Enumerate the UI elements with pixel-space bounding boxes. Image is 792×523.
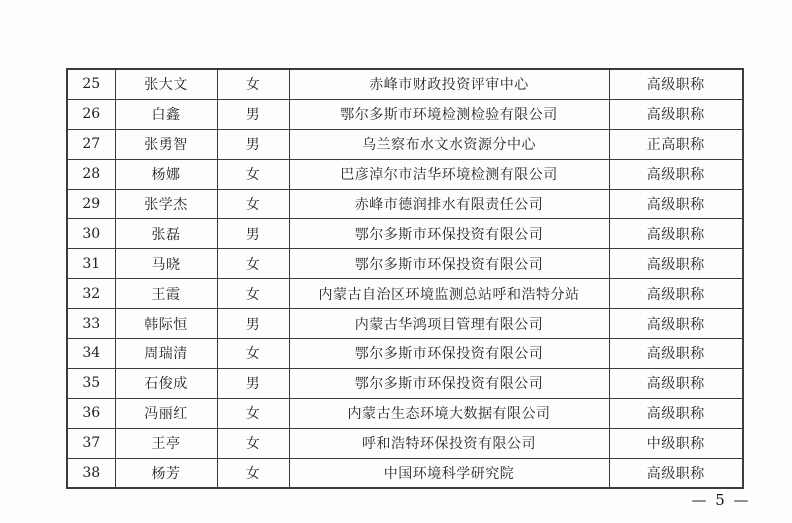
cell-index: 36 bbox=[67, 398, 115, 428]
cell-gender: 男 bbox=[217, 309, 289, 339]
table-row: 26白鑫男鄂尔多斯市环境检测检验有限公司高级职称 bbox=[67, 99, 743, 129]
cell-organization: 内蒙古华鸿项目管理有限公司 bbox=[289, 309, 609, 339]
cell-index: 25 bbox=[67, 69, 115, 99]
personnel-roster-table: 25张大文女赤峰市财政投资评审中心高级职称26白鑫男鄂尔多斯市环境检测检验有限公… bbox=[66, 68, 744, 489]
cell-name: 冯丽红 bbox=[115, 398, 217, 428]
cell-name: 张大文 bbox=[115, 69, 217, 99]
cell-organization: 鄂尔多斯市环保投资有限公司 bbox=[289, 339, 609, 369]
table-row: 28杨娜女巴彦淖尔市洁华环境检测有限公司高级职称 bbox=[67, 159, 743, 189]
table-row: 37王亭女呼和浩特环保投资有限公司中级职称 bbox=[67, 428, 743, 458]
table-row: 35石俊成男鄂尔多斯市环保投资有限公司高级职称 bbox=[67, 368, 743, 398]
cell-organization: 乌兰察布水文水资源分中心 bbox=[289, 129, 609, 159]
cell-gender: 女 bbox=[217, 159, 289, 189]
document-page: 25张大文女赤峰市财政投资评审中心高级职称26白鑫男鄂尔多斯市环境检测检验有限公… bbox=[0, 0, 792, 523]
cell-gender: 男 bbox=[217, 219, 289, 249]
cell-title: 高级职称 bbox=[609, 368, 743, 398]
cell-name: 石俊成 bbox=[115, 368, 217, 398]
cell-organization: 鄂尔多斯市环保投资有限公司 bbox=[289, 249, 609, 279]
cell-name: 杨娜 bbox=[115, 159, 217, 189]
table-row: 29张学杰女赤峰市德润排水有限责任公司高级职称 bbox=[67, 189, 743, 219]
cell-name: 王霞 bbox=[115, 279, 217, 309]
cell-gender: 女 bbox=[217, 339, 289, 369]
table-row: 25张大文女赤峰市财政投资评审中心高级职称 bbox=[67, 69, 743, 99]
page-number: — 5 — bbox=[668, 491, 774, 509]
cell-gender: 男 bbox=[217, 368, 289, 398]
cell-index: 28 bbox=[67, 159, 115, 189]
cell-organization: 内蒙古生态环境大数据有限公司 bbox=[289, 398, 609, 428]
cell-name: 王亭 bbox=[115, 428, 217, 458]
cell-organization: 鄂尔多斯市环境检测检验有限公司 bbox=[289, 99, 609, 129]
cell-index: 37 bbox=[67, 428, 115, 458]
cell-title: 高级职称 bbox=[609, 458, 743, 488]
cell-title: 高级职称 bbox=[609, 279, 743, 309]
cell-index: 33 bbox=[67, 309, 115, 339]
cell-name: 杨芳 bbox=[115, 458, 217, 488]
cell-index: 35 bbox=[67, 368, 115, 398]
cell-organization: 中国环境科学研究院 bbox=[289, 458, 609, 488]
cell-title: 高级职称 bbox=[609, 398, 743, 428]
cell-organization: 呼和浩特环保投资有限公司 bbox=[289, 428, 609, 458]
cell-organization: 巴彦淖尔市洁华环境检测有限公司 bbox=[289, 159, 609, 189]
cell-index: 32 bbox=[67, 279, 115, 309]
cell-gender: 女 bbox=[217, 458, 289, 488]
cell-organization: 鄂尔多斯市环保投资有限公司 bbox=[289, 219, 609, 249]
cell-organization: 赤峰市德润排水有限责任公司 bbox=[289, 189, 609, 219]
cell-title: 高级职称 bbox=[609, 99, 743, 129]
cell-name: 张学杰 bbox=[115, 189, 217, 219]
table-body: 25张大文女赤峰市财政投资评审中心高级职称26白鑫男鄂尔多斯市环境检测检验有限公… bbox=[67, 69, 743, 488]
cell-index: 26 bbox=[67, 99, 115, 129]
cell-title: 高级职称 bbox=[609, 69, 743, 99]
cell-gender: 男 bbox=[217, 129, 289, 159]
table-row: 36冯丽红女内蒙古生态环境大数据有限公司高级职称 bbox=[67, 398, 743, 428]
cell-title: 高级职称 bbox=[609, 249, 743, 279]
cell-gender: 女 bbox=[217, 249, 289, 279]
cell-gender: 男 bbox=[217, 99, 289, 129]
table-row: 27张勇智男乌兰察布水文水资源分中心正高职称 bbox=[67, 129, 743, 159]
cell-organization: 内蒙古自治区环境监测总站呼和浩特分站 bbox=[289, 279, 609, 309]
table-row: 33韩际恒男内蒙古华鸿项目管理有限公司高级职称 bbox=[67, 309, 743, 339]
cell-name: 韩际恒 bbox=[115, 309, 217, 339]
cell-name: 马晓 bbox=[115, 249, 217, 279]
cell-title: 高级职称 bbox=[609, 189, 743, 219]
cell-gender: 女 bbox=[217, 189, 289, 219]
cell-index: 30 bbox=[67, 219, 115, 249]
cell-index: 31 bbox=[67, 249, 115, 279]
table-row: 34周瑞清女鄂尔多斯市环保投资有限公司高级职称 bbox=[67, 339, 743, 369]
cell-index: 38 bbox=[67, 458, 115, 488]
table-row: 38杨芳女中国环境科学研究院高级职称 bbox=[67, 458, 743, 488]
cell-organization: 鄂尔多斯市环保投资有限公司 bbox=[289, 368, 609, 398]
cell-organization: 赤峰市财政投资评审中心 bbox=[289, 69, 609, 99]
cell-title: 高级职称 bbox=[609, 309, 743, 339]
cell-title: 高级职称 bbox=[609, 339, 743, 369]
cell-gender: 女 bbox=[217, 279, 289, 309]
cell-name: 张勇智 bbox=[115, 129, 217, 159]
table-row: 31马晓女鄂尔多斯市环保投资有限公司高级职称 bbox=[67, 249, 743, 279]
table-row: 32王霞女内蒙古自治区环境监测总站呼和浩特分站高级职称 bbox=[67, 279, 743, 309]
cell-title: 正高职称 bbox=[609, 129, 743, 159]
cell-name: 白鑫 bbox=[115, 99, 217, 129]
cell-index: 34 bbox=[67, 339, 115, 369]
cell-name: 周瑞清 bbox=[115, 339, 217, 369]
cell-index: 29 bbox=[67, 189, 115, 219]
cell-title: 中级职称 bbox=[609, 428, 743, 458]
cell-title: 高级职称 bbox=[609, 219, 743, 249]
cell-name: 张磊 bbox=[115, 219, 217, 249]
cell-gender: 女 bbox=[217, 428, 289, 458]
cell-gender: 女 bbox=[217, 398, 289, 428]
cell-gender: 女 bbox=[217, 69, 289, 99]
table-row: 30张磊男鄂尔多斯市环保投资有限公司高级职称 bbox=[67, 219, 743, 249]
cell-title: 高级职称 bbox=[609, 159, 743, 189]
cell-index: 27 bbox=[67, 129, 115, 159]
